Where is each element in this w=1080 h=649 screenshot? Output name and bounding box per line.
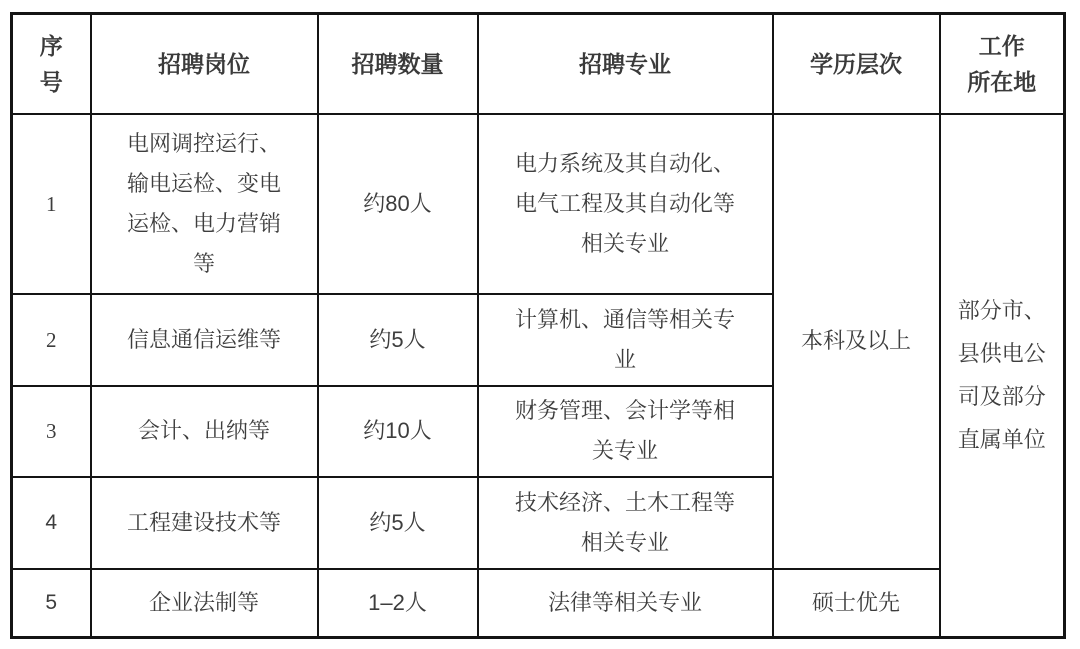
table-row-1: 1 电网调控运行、 输电运检、变电 运检、电力营销 等 约80人 电力系统及其自…: [12, 114, 1065, 294]
cell-quantity: 约10人: [318, 386, 478, 477]
cell-position: 会计、出纳等: [91, 386, 318, 477]
cell-position: 电网调控运行、 输电运检、变电 运检、电力营销 等: [91, 114, 318, 294]
cell-quantity: 约80人: [318, 114, 478, 294]
table-header-row: 序 号 招聘岗位 招聘数量 招聘专业 学历层次 工作 所在地: [12, 14, 1065, 114]
cell-major: 计算机、通信等相关专 业: [478, 294, 773, 386]
cell-major: 电力系统及其自动化、 电气工程及其自动化等 相关专业: [478, 114, 773, 294]
cell-serial-number: 2: [12, 294, 91, 386]
cell-position: 企业法制等: [91, 569, 318, 638]
header-quantity: 招聘数量: [318, 14, 478, 114]
cell-quantity: 约5人: [318, 477, 478, 569]
cell-major: 财务管理、会计学等相 关专业: [478, 386, 773, 477]
cell-serial-number: 1: [12, 114, 91, 294]
cell-work-location-merged: 部分市、 县供电公 司及部分 直属单位: [940, 114, 1065, 638]
cell-serial-number: 4: [12, 477, 91, 569]
cell-position: 信息通信运维等: [91, 294, 318, 386]
cell-major: 技术经济、土木工程等 相关专业: [478, 477, 773, 569]
cell-major: 法律等相关专业: [478, 569, 773, 638]
header-work-location: 工作 所在地: [940, 14, 1065, 114]
cell-serial-number: 3: [12, 386, 91, 477]
cell-education-row5: 硕士优先: [773, 569, 940, 638]
cell-quantity: 约5人: [318, 294, 478, 386]
header-position: 招聘岗位: [91, 14, 318, 114]
cell-education-merged: 本科及以上: [773, 114, 940, 569]
recruitment-table-page: 序 号 招聘岗位 招聘数量 招聘专业 学历层次 工作 所在地 1 电网调控运行、…: [0, 0, 1080, 649]
cell-quantity: 1–2人: [318, 569, 478, 638]
header-major: 招聘专业: [478, 14, 773, 114]
table-row-5: 5 企业法制等 1–2人 法律等相关专业 硕士优先: [12, 569, 1065, 638]
header-serial-number: 序 号: [12, 14, 91, 114]
recruitment-table: 序 号 招聘岗位 招聘数量 招聘专业 学历层次 工作 所在地 1 电网调控运行、…: [10, 12, 1066, 639]
cell-serial-number: 5: [12, 569, 91, 638]
header-education-level: 学历层次: [773, 14, 940, 114]
cell-position: 工程建设技术等: [91, 477, 318, 569]
